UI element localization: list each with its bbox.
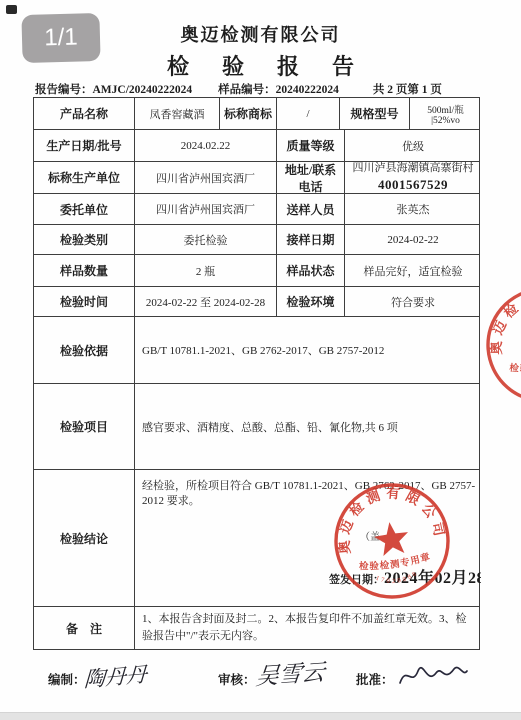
table-row-production-date: 生产日期/批号 2024.02.22 质量等级 优级: [34, 129, 479, 161]
report-number: 报告编号：AMJC/20240222024: [35, 81, 192, 97]
approved-by-label: 批准：: [356, 670, 394, 688]
value-receive-date: 2024-02-22: [344, 225, 481, 254]
label-address-phone: 地址/联系电话: [276, 162, 344, 193]
label-inspection-type: 检验类别: [34, 225, 134, 254]
value-manufacturer: 四川省泸州国宾酒厂: [134, 162, 276, 193]
address-line: 四川泸县海潮镇高寨街村: [353, 162, 474, 176]
value-spec-model: 500ml/瓶 |52%vo: [409, 98, 481, 129]
prepared-by-label: 编制：: [48, 670, 86, 688]
label-inspection-time: 检验时间: [34, 287, 134, 316]
label-receive-date: 接样日期: [276, 225, 344, 254]
label-spec-model: 规格型号: [339, 98, 409, 129]
table-row-product: 产品名称 凤香窖藏酒 标称商标 / 规格型号 500ml/瓶 |52%vo: [34, 98, 479, 129]
scan-edge-strip: [0, 712, 521, 720]
reviewed-by-signature: 吴雪云: [254, 653, 326, 691]
table-row-inspection-basis: 检验依据 GB/T 10781.1-2021、GB 2762-2017、GB 2…: [34, 316, 479, 383]
label-brand: 标称商标: [219, 98, 276, 129]
approved-by-signature: [394, 657, 472, 697]
reviewed-by-label: 审核：: [218, 670, 256, 688]
value-client: 四川省泸州国宾酒厂: [134, 194, 276, 224]
label-product-name: 产品名称: [34, 98, 134, 129]
value-inspection-basis: GB/T 10781.1-2021、GB 2762-2017、GB 2757-2…: [134, 317, 481, 383]
edge-seal-stamp: 奥迈检测有限公司 检验检测专用章 17020088: [478, 279, 521, 411]
stamp-center-label-text: 检验检测专用章: [508, 357, 521, 377]
company-name: 奥迈检测有限公司: [0, 21, 521, 47]
prepared-by-signature: 陶丹丹: [83, 658, 147, 694]
value-inspection-items: 感官要求、酒精度、总酸、总酯、铅、氰化物,共 6 项: [134, 384, 481, 469]
value-sample-quantity: 2 瓶: [134, 255, 276, 286]
report-document-page: 1/1 奥迈检测有限公司 检验报告 报告编号：AMJC/20240222024 …: [0, 0, 521, 720]
label-sample-condition: 样品状态: [276, 255, 344, 286]
label-client: 委托单位: [34, 194, 134, 224]
company-seal-stamp: 奥迈检测有限公司 检验检测专用章 17020088: [322, 471, 462, 606]
value-brand: /: [276, 98, 339, 129]
value-sample-sender: 张英杰: [344, 194, 481, 224]
label-production-date: 生产日期/批号: [34, 130, 134, 161]
label-quality-grade: 质量等级: [276, 130, 344, 161]
value-sample-condition: 样品完好，适宜检验: [344, 255, 481, 286]
table-row-manufacturer: 标称生产单位 四川省泸州国宾酒厂 地址/联系电话 四川泸县海潮镇高寨街村 400…: [34, 161, 479, 193]
report-meta-line: 报告编号：AMJC/20240222024 样品编号：20240222024 共…: [35, 81, 495, 97]
value-inspection-time: 2024-02-22 至 2024-02-28: [134, 287, 276, 316]
document-title: 检验报告: [0, 50, 521, 81]
table-row-inspection-items: 检验项目 感官要求、酒精度、总酸、总酯、铅、氰化物,共 6 项: [34, 383, 479, 469]
value-address-phone: 四川泸县海潮镇高寨街村 4001567529: [344, 162, 481, 193]
table-row-conclusion: 检验结论 经检验，所检项目符合 GB/T 10781.1-2021、GB 276…: [34, 469, 479, 606]
svg-text:检验检测专用章: 检验检测专用章: [508, 357, 521, 377]
table-row-remarks: 备 注 1、本报告含封面及封二。2、本报告复印件不加盖红章无效。3、检验报告中"…: [34, 606, 479, 649]
table-row-inspection-type: 检验类别 委托检验 接样日期 2024-02-22: [34, 224, 479, 254]
page-count: 共 2 页第 1 页: [373, 81, 442, 97]
value-inspection-type: 委托检验: [134, 225, 276, 254]
table-row-sample-quantity: 样品数量 2 瓶 样品状态 样品完好，适宜检验: [34, 254, 479, 286]
value-quality-grade: 优级: [344, 130, 481, 161]
signature-footer: 编制： 陶丹丹 审核： 吴雪云 批准：: [0, 655, 521, 705]
label-sample-quantity: 样品数量: [34, 255, 134, 286]
label-manufacturer: 标称生产单位: [34, 162, 134, 193]
value-production-date: 2024.02.22: [134, 130, 276, 161]
value-remarks: 1、本报告含封面及封二。2、本报告复印件不加盖红章无效。3、检验报告中"/"表示…: [134, 607, 481, 649]
table-row-inspection-time: 检验时间 2024-02-22 至 2024-02-28 检验环境 符合要求: [34, 286, 479, 316]
value-conclusion: 经检验，所检项目符合 GB/T 10781.1-2021、GB 2762-201…: [134, 470, 481, 606]
label-inspection-basis: 检验依据: [34, 317, 134, 383]
label-inspection-items: 检验项目: [34, 384, 134, 469]
value-environment: 符合要求: [344, 287, 481, 316]
phone-number: 4001567529: [378, 176, 448, 193]
sample-number: 样品编号：20240222024: [218, 81, 339, 97]
label-sample-sender: 送样人员: [276, 194, 344, 224]
label-remarks: 备 注: [34, 607, 134, 649]
svg-text:检验检测专用章: 检验检测专用章: [357, 550, 432, 575]
stamp-center-label-text: 检验检测专用章: [357, 550, 432, 575]
table-row-client: 委托单位 四川省泸州国宾酒厂 送样人员 张英杰: [34, 193, 479, 224]
scan-corner-artifact: [6, 5, 17, 14]
stamp-star-icon: [372, 520, 410, 557]
value-product-name: 凤香窖藏酒: [134, 98, 219, 129]
inspection-report-table: 产品名称 凤香窖藏酒 标称商标 / 规格型号 500ml/瓶 |52%vo 生产…: [33, 97, 480, 650]
label-environment: 检验环境: [276, 287, 344, 316]
label-conclusion: 检验结论: [34, 470, 134, 606]
